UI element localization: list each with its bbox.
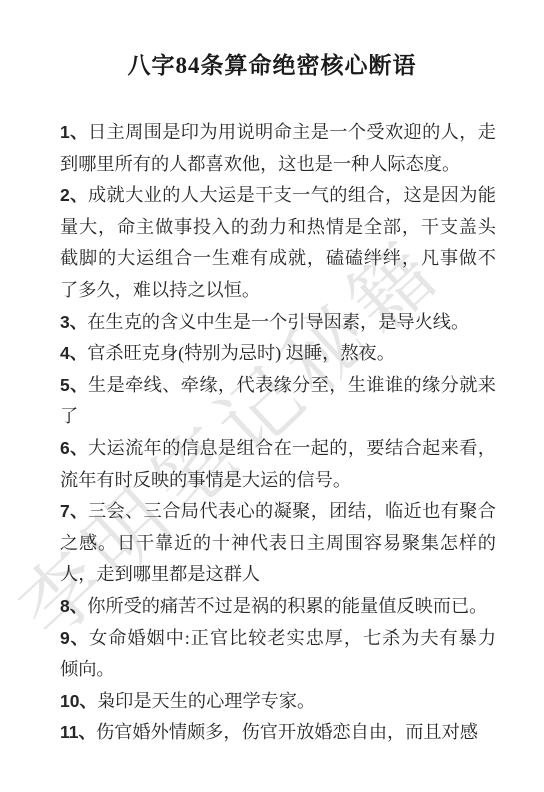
item-number: 3、	[60, 312, 87, 332]
item-text: 女命婚姻中:正官比较老实忠厚，七杀为夫有暴力	[89, 628, 496, 648]
item-text: 大运流年的信息是组合在一起的，要结合起来看，	[88, 438, 496, 458]
list-item-line: 10、枭印是天生的心理学专家。	[60, 686, 496, 718]
list-item-line: 8、你所受的痛苦不过是祸的积累的能量值反映而已。	[60, 591, 496, 623]
item-text: 你所受的痛苦不过是祸的积累的能量值反映而已。	[87, 596, 487, 616]
item-number: 6、	[60, 438, 88, 458]
item-text: 在生克的含义中生是一个引导因素，是导火线。	[87, 312, 469, 332]
item-text: 枭印是天生的心理学专家。	[97, 691, 315, 711]
item-text: 日主周围是印为用说明命主是一个受欢迎的人，走	[88, 122, 496, 142]
item-number: 1、	[60, 122, 88, 142]
item-number: 10、	[60, 691, 97, 711]
item-number: 5、	[60, 375, 88, 395]
list-item-line: 7、三会、三合局代表心的凝聚，团结，临近也有聚合	[60, 496, 496, 528]
list-item-line: 量大，命主做事投入的劲力和热情是全部，干支盖头	[60, 212, 496, 244]
item-text: 成就大业的人大运是干支一气的组合，这是因为能	[88, 185, 496, 205]
list-item-line: 流年有时反映的事情是大运的信号。	[60, 465, 496, 497]
list-item-line: 倾向。	[60, 654, 496, 686]
list-item-line: 6、大运流年的信息是组合在一起的，要结合起来看，	[60, 433, 496, 465]
document-page: 李明笔记秘籍 八字84条算命绝密核心断语 1、日主周围是印为用说明命主是一个受欢…	[0, 0, 544, 792]
list-item-line: 3、在生克的含义中生是一个引导因素，是导火线。	[60, 307, 496, 339]
item-number: 4、	[60, 343, 87, 363]
item-number: 11、	[60, 722, 96, 742]
item-text: 三会、三合局代表心的凝聚，团结，临近也有聚合	[88, 501, 496, 521]
list-item-line: 人，走到哪里都是这群人	[60, 559, 496, 591]
list-item-line: 2、成就大业的人大运是干支一气的组合，这是因为能	[60, 180, 496, 212]
item-number: 9、	[60, 628, 89, 648]
item-text: 伤官婚外情颇多，伤官开放婚恋自由，而且对感	[96, 722, 478, 742]
list-item-line: 截脚的大运组合一生难有成就，磕磕绊绊，凡事做不	[60, 243, 496, 275]
list-item-line: 到哪里所有的人都喜欢他，这也是一种人际态度。	[60, 149, 496, 181]
list-item-line: 1、日主周围是印为用说明命主是一个受欢迎的人，走	[60, 117, 496, 149]
list-item-line: 11、伤官婚外情颇多，伤官开放婚恋自由，而且对感	[60, 717, 496, 749]
page-title: 八字84条算命绝密核心断语	[0, 50, 544, 82]
item-number: 7、	[60, 501, 88, 521]
item-text: 官杀旺克身(特别为忌时) 迟睡，熬夜。	[87, 343, 395, 363]
item-text: 生是牵线、牵缘，代表缘分至，生谁谁的缘分就来	[88, 375, 496, 395]
list-item-line: 了多久，难以持之以恒。	[60, 275, 496, 307]
list-item-line: 9、女命婚姻中:正官比较老实忠厚，七杀为夫有暴力	[60, 623, 496, 655]
list-item-line: 了	[60, 401, 496, 433]
list-item-line: 之感。日干靠近的十神代表日主周围容易聚集怎样的	[60, 528, 496, 560]
list-item-line: 4、官杀旺克身(特别为忌时) 迟睡，熬夜。	[60, 338, 496, 370]
list-item-line: 5、生是牵线、牵缘，代表缘分至，生谁谁的缘分就来	[60, 370, 496, 402]
item-number: 8、	[60, 596, 87, 616]
document-body: 1、日主周围是印为用说明命主是一个受欢迎的人，走到哪里所有的人都喜欢他，这也是一…	[60, 117, 496, 749]
item-number: 2、	[60, 185, 88, 205]
